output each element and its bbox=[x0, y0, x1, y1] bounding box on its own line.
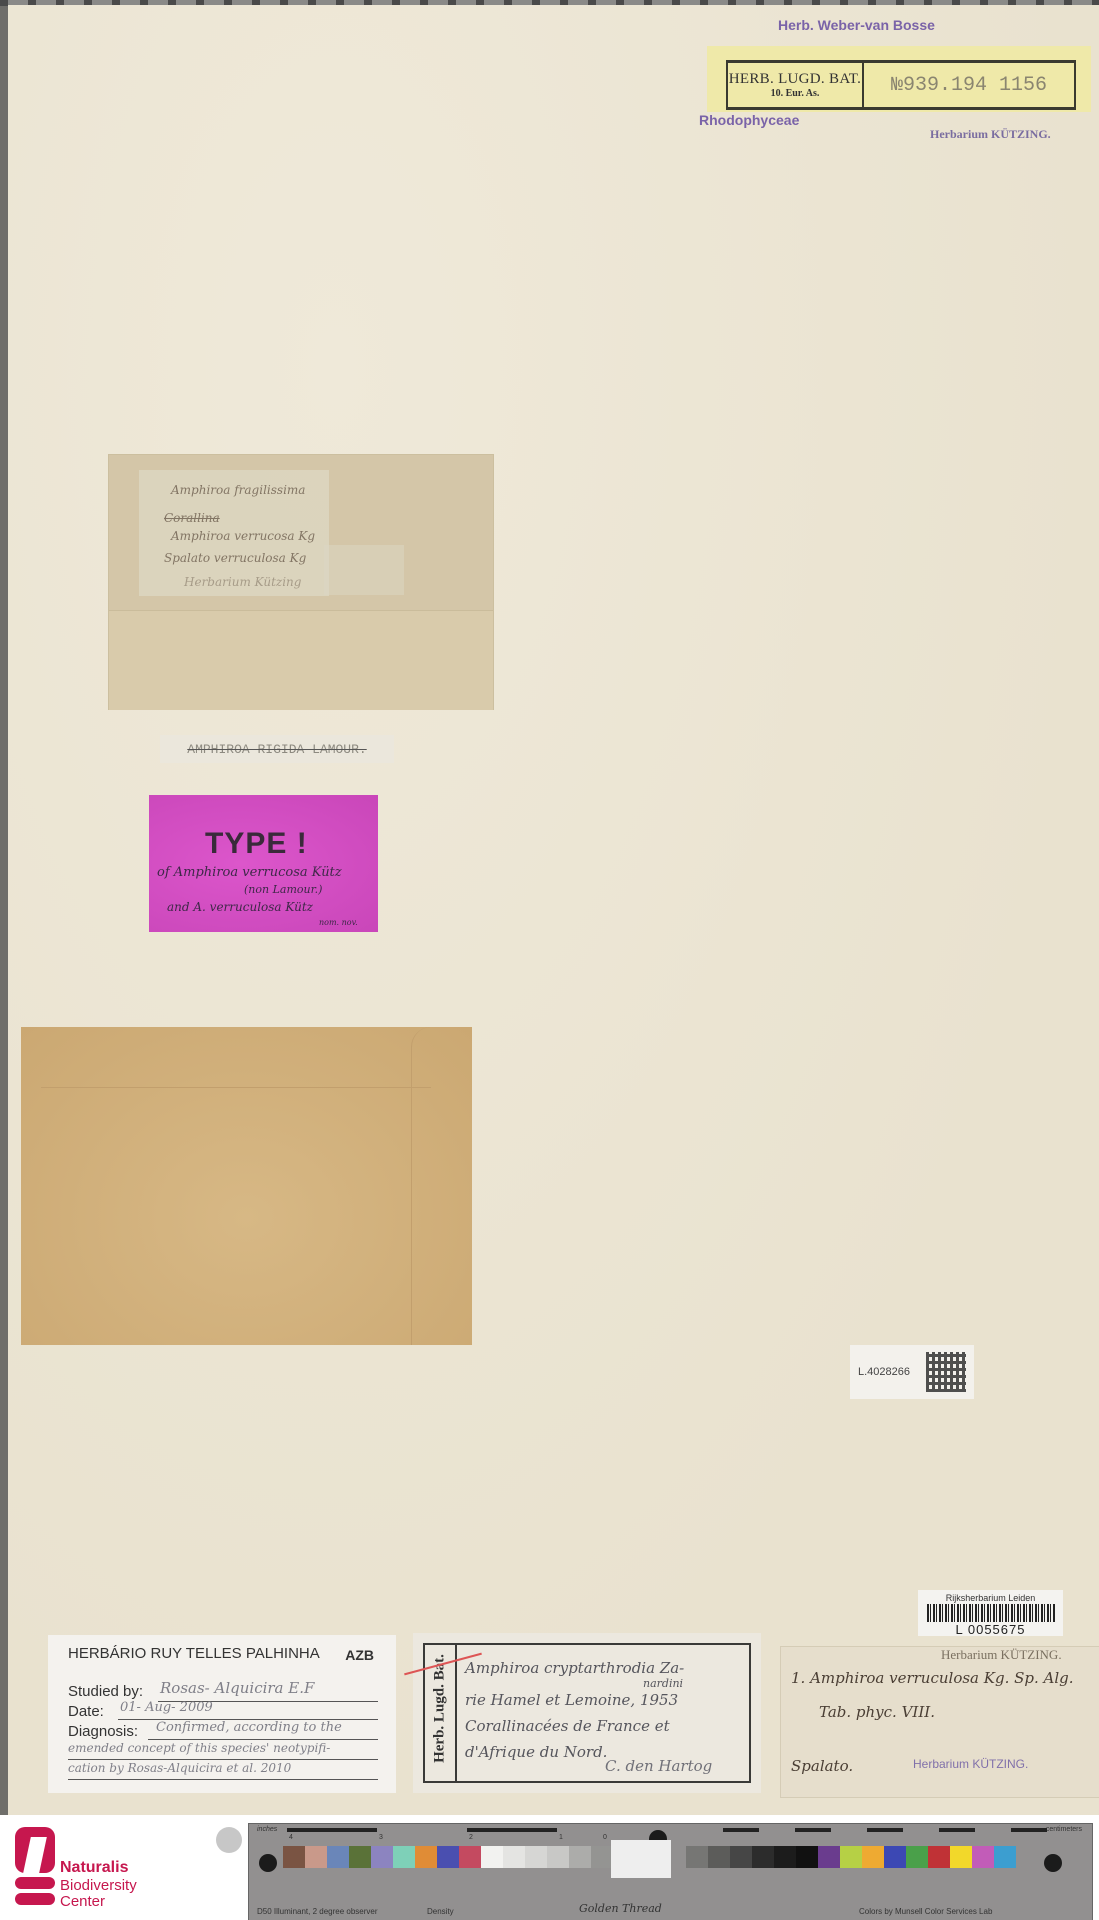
lugd-signature: C. den Hartog bbox=[605, 1757, 712, 1775]
resolution-target bbox=[611, 1840, 671, 1878]
color-patch-26 bbox=[906, 1846, 928, 1868]
type-line: (non Lamour.) bbox=[244, 883, 322, 896]
munsell-credit: Colors by Munsell Color Services Lab bbox=[859, 1907, 992, 1916]
lugd-line: Amphiroa cryptarthrodia Za- bbox=[465, 1659, 684, 1677]
color-swatches-right bbox=[686, 1846, 1016, 1868]
envelope-flap bbox=[109, 610, 493, 710]
rhodophyceae-stamp: Rhodophyceae bbox=[699, 112, 799, 128]
color-patch-15 bbox=[591, 1846, 613, 1868]
glassine-text-line: Spalato verruculosa Kg bbox=[164, 551, 306, 565]
diagnosis-line: emended concept of this species' neotypi… bbox=[68, 1741, 330, 1755]
kutzing-header: Herbarium KÜTZING. bbox=[941, 1647, 1062, 1663]
color-patch-10 bbox=[481, 1846, 503, 1868]
lugd-line-sup: nardini bbox=[643, 1677, 683, 1690]
punch-hole-icon bbox=[1044, 1854, 1062, 1872]
color-patch-3 bbox=[327, 1846, 349, 1868]
color-patch-25 bbox=[884, 1846, 906, 1868]
diagnosis-label: Diagnosis: bbox=[68, 1723, 138, 1740]
type-heading: TYPE ! bbox=[205, 827, 308, 861]
kutzing-line: 1. Amphiroa verruculosa Kg. Sp. Alg. bbox=[791, 1669, 1074, 1687]
envelope-seam bbox=[41, 1087, 431, 1088]
color-patch-30 bbox=[994, 1846, 1016, 1868]
lugd-line: Corallinacées de France et bbox=[465, 1717, 670, 1735]
color-patch-7 bbox=[415, 1846, 437, 1868]
kutzing-locality: Spalato. bbox=[791, 1757, 853, 1775]
color-patch-6 bbox=[393, 1846, 415, 1868]
diagnosis-line: cation by Rosas-Alquicira et al. 2010 bbox=[68, 1761, 291, 1775]
type-line: and A. verruculosa Kütz bbox=[167, 900, 313, 914]
envelope-side-flap bbox=[411, 1027, 472, 1345]
specimen-barcode-number: L.4028266 bbox=[858, 1366, 910, 1378]
centimeters-label: centimeters bbox=[1046, 1826, 1082, 1833]
color-patch-20 bbox=[774, 1846, 796, 1868]
logo-line3: Center bbox=[60, 1893, 105, 1910]
color-patch-9 bbox=[459, 1846, 481, 1868]
color-calibration-chart: inches 4 3 2 1 0 centimeters D50 Illumin… bbox=[248, 1823, 1093, 1920]
color-patch-4 bbox=[349, 1846, 371, 1868]
color-patch-11A bbox=[503, 1846, 525, 1868]
color-patch-8 bbox=[437, 1846, 459, 1868]
logo-line2: Biodiversity bbox=[60, 1877, 137, 1894]
lugd-line: d'Afrique du Nord. bbox=[465, 1743, 607, 1761]
gray-reference-dot bbox=[216, 1827, 242, 1853]
glassine-text-line: Amphiroa verrucosa Kg bbox=[171, 529, 315, 543]
type-line: nom. nov. bbox=[319, 918, 358, 927]
golden-thread-brand: Golden Thread bbox=[579, 1902, 662, 1915]
studied-by-label: Studied by: bbox=[68, 1683, 143, 1700]
color-patch-16M bbox=[686, 1846, 708, 1868]
herbarium-kutzing-stamp: Herbarium KÜTZING. bbox=[930, 127, 1051, 142]
typed-name-slip: AMPHIROA RIGIDA LAMOUR. bbox=[160, 735, 394, 763]
azb-code: AZB bbox=[345, 1647, 374, 1663]
azb-title: HERBÁRIO RUY TELLES PALHINHA bbox=[68, 1645, 320, 1662]
color-patch-18B bbox=[730, 1846, 752, 1868]
date-label: Date: bbox=[68, 1703, 104, 1720]
glassine-text-line: Herbarium Kützing bbox=[184, 575, 301, 589]
kutzing-line: Tab. phyc. VIII. bbox=[819, 1703, 935, 1721]
studied-by-value: Rosas- Alquicira E.F bbox=[160, 1679, 314, 1697]
color-patch-2 bbox=[305, 1846, 327, 1868]
accession-institution: HERB. LUGD. BAT. bbox=[729, 71, 861, 88]
inch-ruler: 4 3 2 1 0 bbox=[287, 1828, 617, 1844]
color-patch-1 bbox=[283, 1846, 305, 1868]
barcode-icon bbox=[927, 1604, 1055, 1622]
color-patch-27 bbox=[928, 1846, 950, 1868]
accession-number: №939.194 1156 bbox=[864, 63, 1074, 107]
rijksherbarium-barcode-label: Rijksherbarium Leiden L 0055675 bbox=[918, 1590, 1063, 1636]
color-patch-22 bbox=[818, 1846, 840, 1868]
lugd-line: rie Hamel et Lemoine, 1953 bbox=[465, 1691, 678, 1709]
color-patch-21 bbox=[796, 1846, 818, 1868]
type-line: of Amphiroa verrucosa Kütz bbox=[157, 865, 342, 880]
color-patch-17 bbox=[708, 1846, 730, 1868]
rijksherbarium-title: Rijksherbarium Leiden bbox=[918, 1593, 1063, 1603]
naturalis-logo: Naturalis Biodiversity Center bbox=[12, 1827, 142, 1912]
color-patch-19 bbox=[752, 1846, 774, 1868]
type-label: TYPE ! of Amphiroa verrucosa Kütz (non L… bbox=[149, 795, 378, 932]
azb-determination-label: HERBÁRIO RUY TELLES PALHINHA AZB Studied… bbox=[48, 1635, 396, 1793]
typed-name-text: AMPHIROA RIGIDA LAMOUR. bbox=[187, 742, 366, 757]
accession-box: HERB. LUGD. BAT. 10. Eur. As. №939.194 1… bbox=[726, 60, 1076, 110]
datamatrix-code-icon bbox=[926, 1352, 966, 1392]
naturalis-n-icon bbox=[15, 1827, 55, 1873]
herbarium-sheet: Herb. Weber-van Bosse HERB. LUGD. BAT. 1… bbox=[8, 5, 1099, 1815]
logo-line1: Naturalis bbox=[60, 1859, 128, 1877]
color-patch-28 bbox=[950, 1846, 972, 1868]
color-patch-14 bbox=[569, 1846, 591, 1868]
glassine-text-line: Corallina bbox=[164, 511, 220, 525]
accession-subtitle: 10. Eur. As. bbox=[771, 88, 820, 99]
glassine-text-line: Amphiroa fragilissima bbox=[171, 483, 305, 497]
lugd-bat-label: Herb. Lugd. Bat. Amphiroa cryptarthrodia… bbox=[413, 1633, 761, 1793]
color-swatches-left bbox=[283, 1846, 613, 1868]
color-patch-29 bbox=[972, 1846, 994, 1868]
kutzing-original-label: Herbarium KÜTZING. 1. Amphiroa verruculo… bbox=[780, 1646, 1099, 1798]
specimen-barcode-label: L.4028266 bbox=[850, 1345, 974, 1399]
color-patch-5 bbox=[371, 1846, 393, 1868]
punch-hole-icon bbox=[259, 1854, 277, 1872]
lugd-side-text: Herb. Lugd. Bat. bbox=[432, 1654, 449, 1764]
color-patch-12 bbox=[525, 1846, 547, 1868]
inner-label-secondary bbox=[324, 545, 404, 595]
kutzing-stamp: Herbarium KÜTZING. bbox=[913, 1757, 1028, 1771]
density-label: Density bbox=[427, 1907, 454, 1916]
color-patch-13 bbox=[547, 1846, 569, 1868]
inches-label: inches bbox=[257, 1826, 277, 1833]
illuminant-label: D50 Illuminant, 2 degree observer bbox=[257, 1907, 378, 1916]
cm-ruler bbox=[687, 1828, 1047, 1844]
color-patch-24 bbox=[862, 1846, 884, 1868]
diagnosis-line: Confirmed, according to the bbox=[156, 1720, 342, 1735]
glassine-envelope: Amphiroa fragilissima Corallina Amphiroa… bbox=[109, 455, 493, 709]
rijksherbarium-number: L 0055675 bbox=[918, 1622, 1063, 1637]
weber-van-bosse-stamp: Herb. Weber-van Bosse bbox=[778, 17, 935, 33]
date-value: 01- Aug- 2009 bbox=[120, 1700, 213, 1715]
kraft-envelope bbox=[21, 1027, 472, 1345]
color-patch-23 bbox=[840, 1846, 862, 1868]
footer-strip: Naturalis Biodiversity Center inches 4 3… bbox=[0, 1815, 1099, 1920]
